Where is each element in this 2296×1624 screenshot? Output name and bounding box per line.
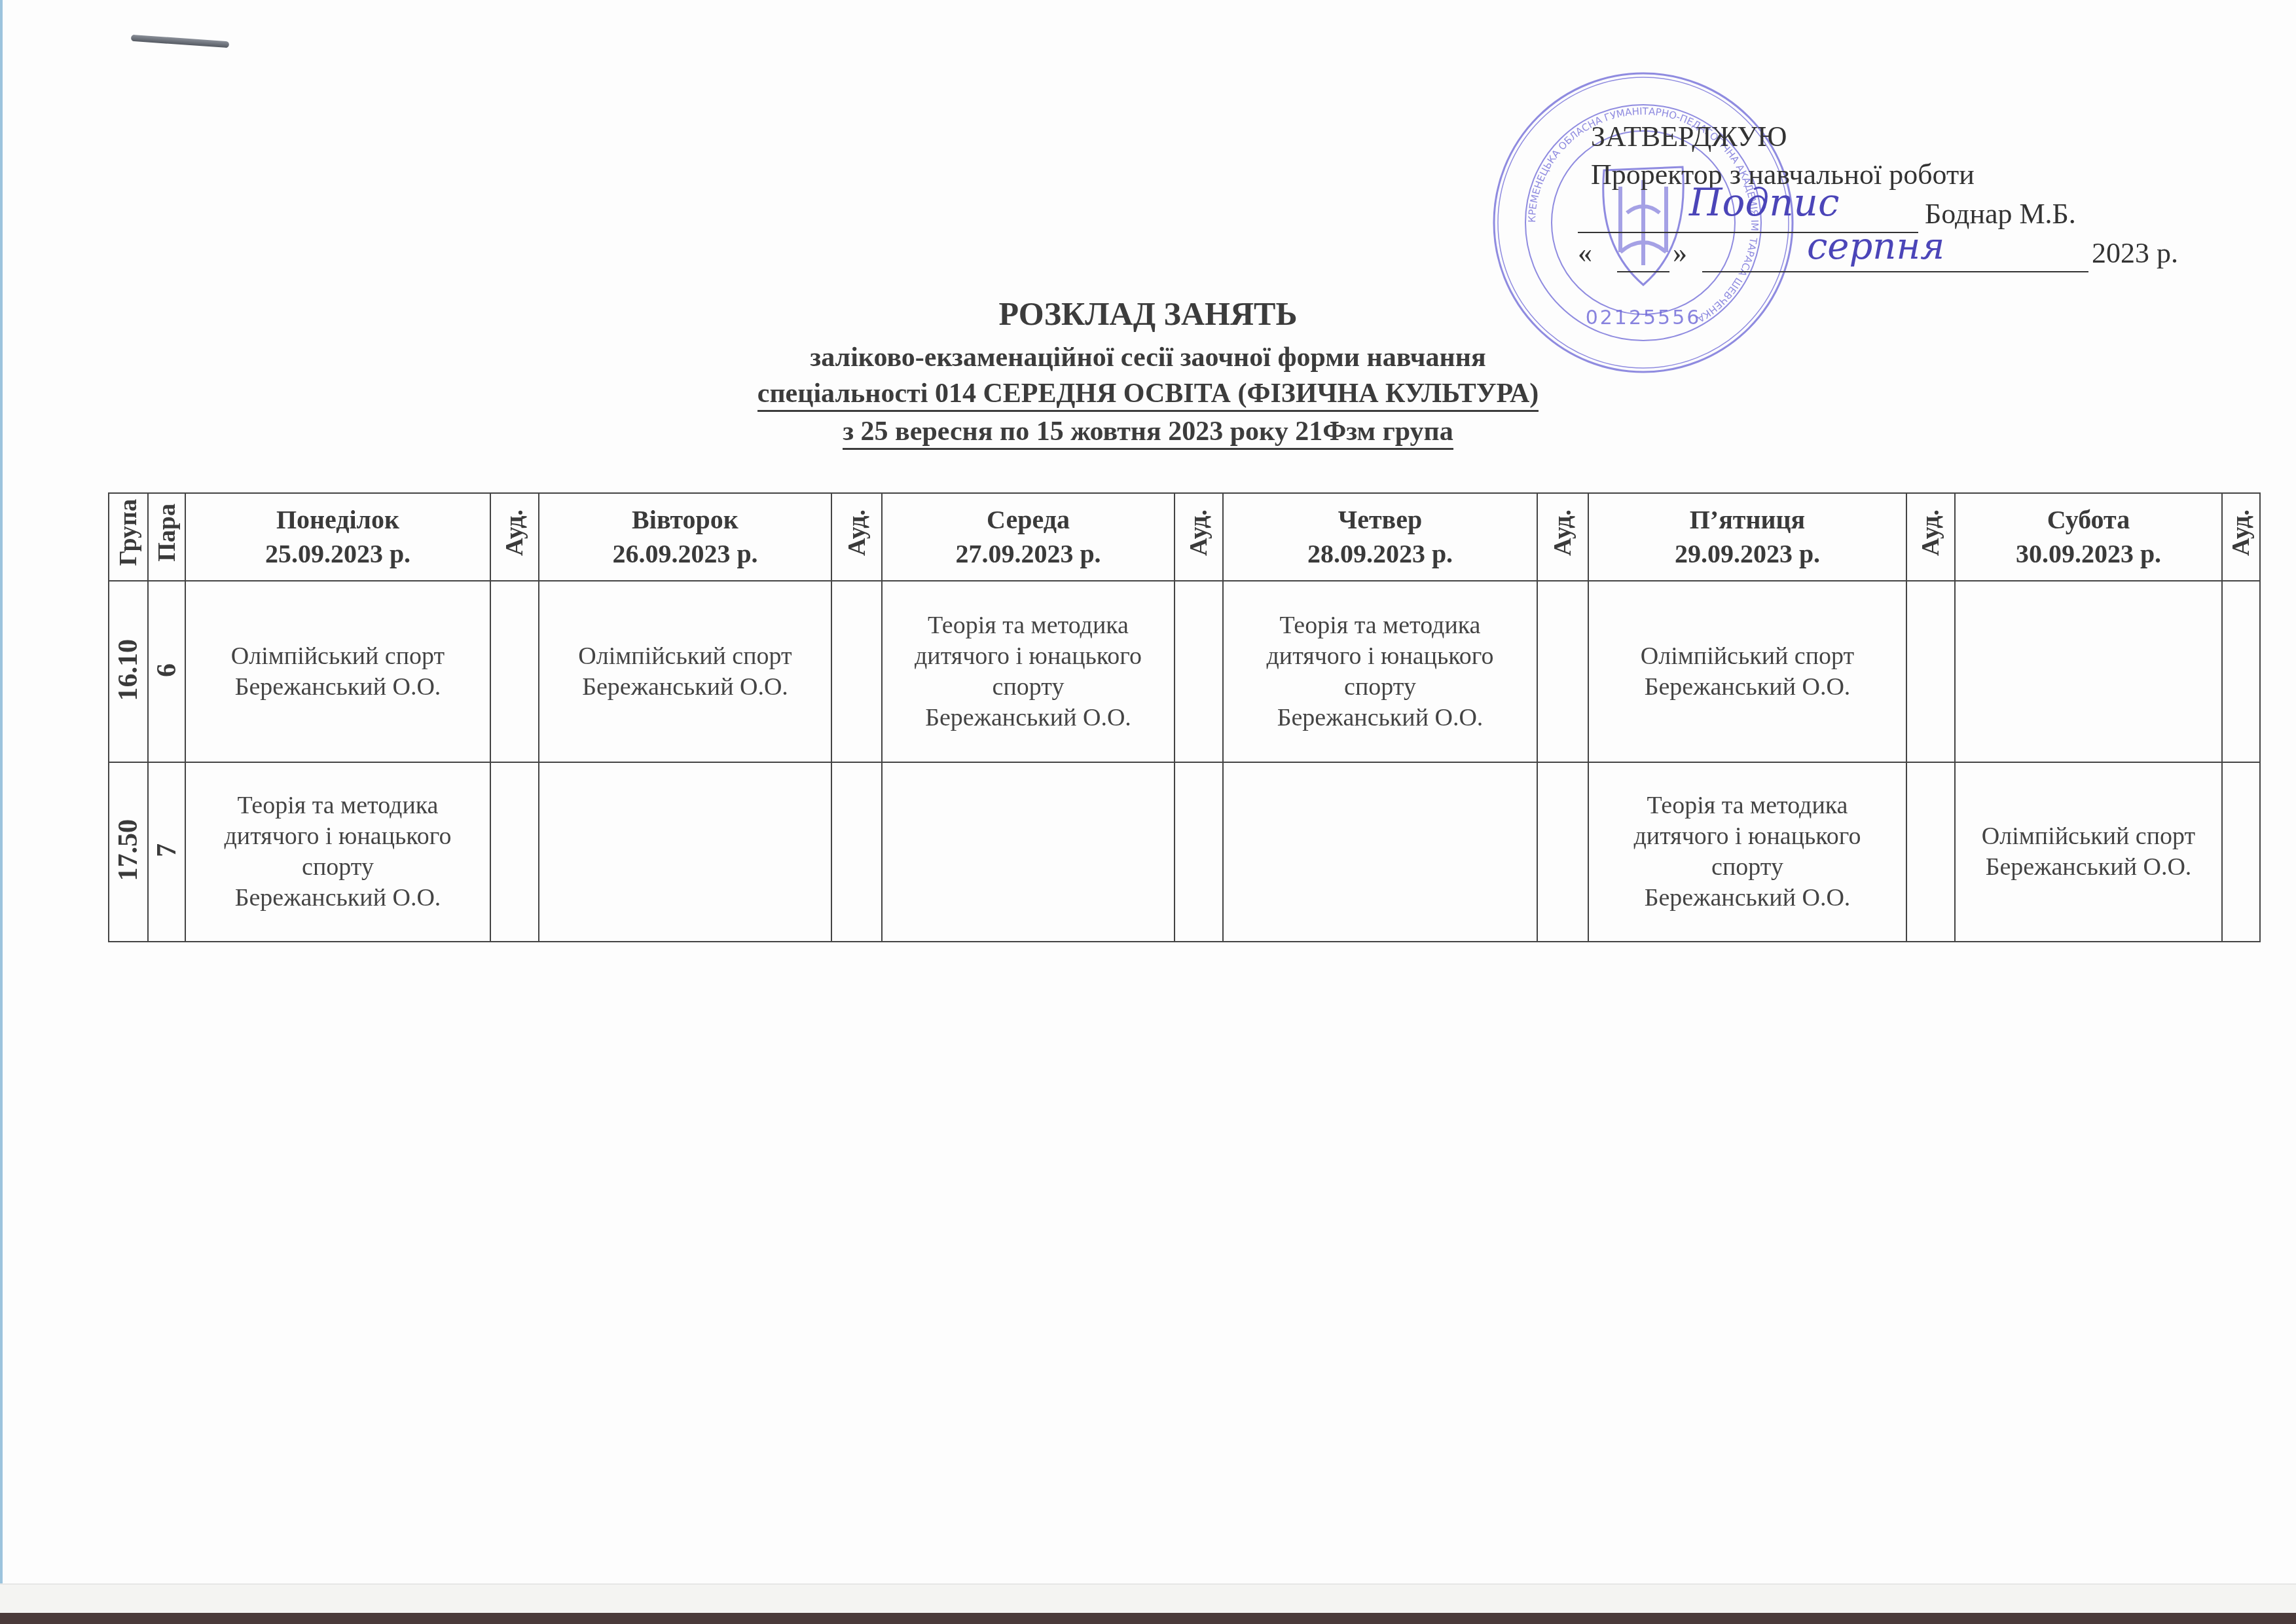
lesson-cell: Олімпійський спортБережанський О.О. [1588, 581, 1906, 762]
document-title: РОЗКЛАД ЗАНЯТЬ [0, 295, 2296, 333]
lesson-line: дитячого і юнацького [1224, 641, 1537, 672]
lesson-line: дитячого і юнацького [186, 821, 490, 852]
pair-cell: 6 [148, 581, 185, 762]
col-header-day: Понеділок25.09.2023 р. [185, 493, 490, 581]
room-cell [2222, 762, 2260, 942]
col-header-day: Субота30.09.2023 р. [1955, 493, 2222, 581]
lesson-line: Бережанський О.О. [539, 672, 831, 703]
room-cell [490, 581, 539, 762]
room-cell [831, 581, 882, 762]
lesson-line: Олімпійський спорт [1589, 641, 1906, 672]
handwritten-month: серпня [1807, 228, 1944, 266]
lesson-line: дитячого і юнацького [1589, 821, 1906, 852]
col-header-pair: Пара [148, 493, 185, 581]
lesson-line: Теорія та методика [883, 610, 1174, 641]
room-cell [1537, 581, 1588, 762]
lesson-line: спорту [883, 672, 1174, 703]
lesson-line: Бережанський О.О. [1224, 703, 1537, 733]
document-subtitle: заліково-екзаменаційної сесії заочної фо… [0, 342, 2296, 373]
scan-margin [0, 1583, 2296, 1614]
col-header-room: Ауд. [1906, 493, 1955, 581]
lesson-line: Бережанський О.О. [1589, 672, 1906, 703]
lesson-line: Бережанський О.О. [1589, 883, 1906, 913]
room-cell [490, 762, 539, 942]
stamp-outer-text: ТЕРНОПІЛЬСЬКА ОБЛАСНА РАДА [1489, 69, 1797, 74]
day-line [1617, 234, 1669, 272]
approval-year: 2023 р. [2092, 234, 2178, 272]
lesson-cell [1955, 581, 2222, 762]
lesson-cell: Теорія та методикадитячого і юнацькогосп… [1223, 581, 1537, 762]
lesson-cell: Олімпійський спортБережанський О.О. [1955, 762, 2222, 942]
col-header-room: Ауд. [831, 493, 882, 581]
lesson-line: Бережанський О.О. [186, 883, 490, 913]
col-header-day: Четвер28.09.2023 р. [1223, 493, 1537, 581]
lesson-line: спорту [1589, 852, 1906, 883]
lesson-line: Теорія та методика [1224, 610, 1537, 641]
lesson-cell: Олімпійський спортБережанський О.О. [539, 581, 831, 762]
lesson-line: Олімпійський спорт [539, 641, 831, 672]
time-cell: 17.50 [109, 762, 148, 942]
time-cell: 16.10 [109, 581, 148, 762]
period-line: з 25 вересня по 15 жовтня 2023 року 21Фз… [0, 416, 2296, 447]
col-header-room: Ауд. [2222, 493, 2260, 581]
pair-cell: 7 [148, 762, 185, 942]
table-row: 17.507Теорія та методикадитячого і юнаць… [109, 762, 2260, 942]
lesson-cell: Теорія та методикадитячого і юнацькогосп… [185, 762, 490, 942]
lesson-line: Олімпійський спорт [186, 641, 490, 672]
room-cell [2222, 581, 2260, 762]
schedule-table: Група Пара Понеділок25.09.2023 р. Ауд. В… [108, 492, 2261, 942]
lesson-line: Бережанський О.О. [1956, 852, 2221, 883]
approval-title: ЗАТВЕРДЖУЮ [1591, 118, 1787, 156]
table-row: 16.106Олімпійський спортБережанський О.О… [109, 581, 2260, 762]
room-cell [1537, 762, 1588, 942]
col-header-day: Вівторок26.09.2023 р. [539, 493, 831, 581]
col-header-group: Група [109, 493, 148, 581]
date-quote-open: « [1578, 234, 1592, 272]
specialty-line: спеціальності 014 СЕРЕДНЯ ОСВІТА (ФІЗИЧН… [0, 378, 2296, 409]
staple-mark [131, 35, 229, 48]
col-header-room: Ауд. [1175, 493, 1223, 581]
lesson-line: Олімпійський спорт [1956, 821, 2221, 852]
lesson-cell: Олімпійський спортБережанський О.О. [185, 581, 490, 762]
room-cell [1175, 581, 1223, 762]
approver-name: Боднар М.Б. [1925, 195, 2076, 233]
col-header-room: Ауд. [1537, 493, 1588, 581]
room-cell [1906, 762, 1955, 942]
date-quote-close: » [1673, 234, 1687, 272]
room-cell [1906, 581, 1955, 762]
lesson-cell: Теорія та методикадитячого і юнацькогосп… [1588, 762, 1906, 942]
lesson-line: Теорія та методика [1589, 790, 1906, 821]
lesson-cell [539, 762, 831, 942]
lesson-cell: Теорія та методикадитячого і юнацькогосп… [882, 581, 1175, 762]
handwritten-signature: Подпис [1689, 183, 1839, 221]
lesson-line: Бережанський О.О. [883, 703, 1174, 733]
scan-edge [0, 0, 3, 1624]
lesson-line: спорту [186, 852, 490, 883]
scan-margin-dark [0, 1613, 2296, 1624]
lesson-line: дитячого і юнацького [883, 641, 1174, 672]
col-header-room: Ауд. [490, 493, 539, 581]
lesson-cell [882, 762, 1175, 942]
lesson-cell [1223, 762, 1537, 942]
header-row: Група Пара Понеділок25.09.2023 р. Ауд. В… [109, 493, 2260, 581]
col-header-day: П’ятниця29.09.2023 р. [1588, 493, 1906, 581]
col-header-day: Середа27.09.2023 р. [882, 493, 1175, 581]
lesson-line: Бережанський О.О. [186, 672, 490, 703]
lesson-line: спорту [1224, 672, 1537, 703]
room-cell [1175, 762, 1223, 942]
room-cell [831, 762, 882, 942]
lesson-line: Теорія та методика [186, 790, 490, 821]
